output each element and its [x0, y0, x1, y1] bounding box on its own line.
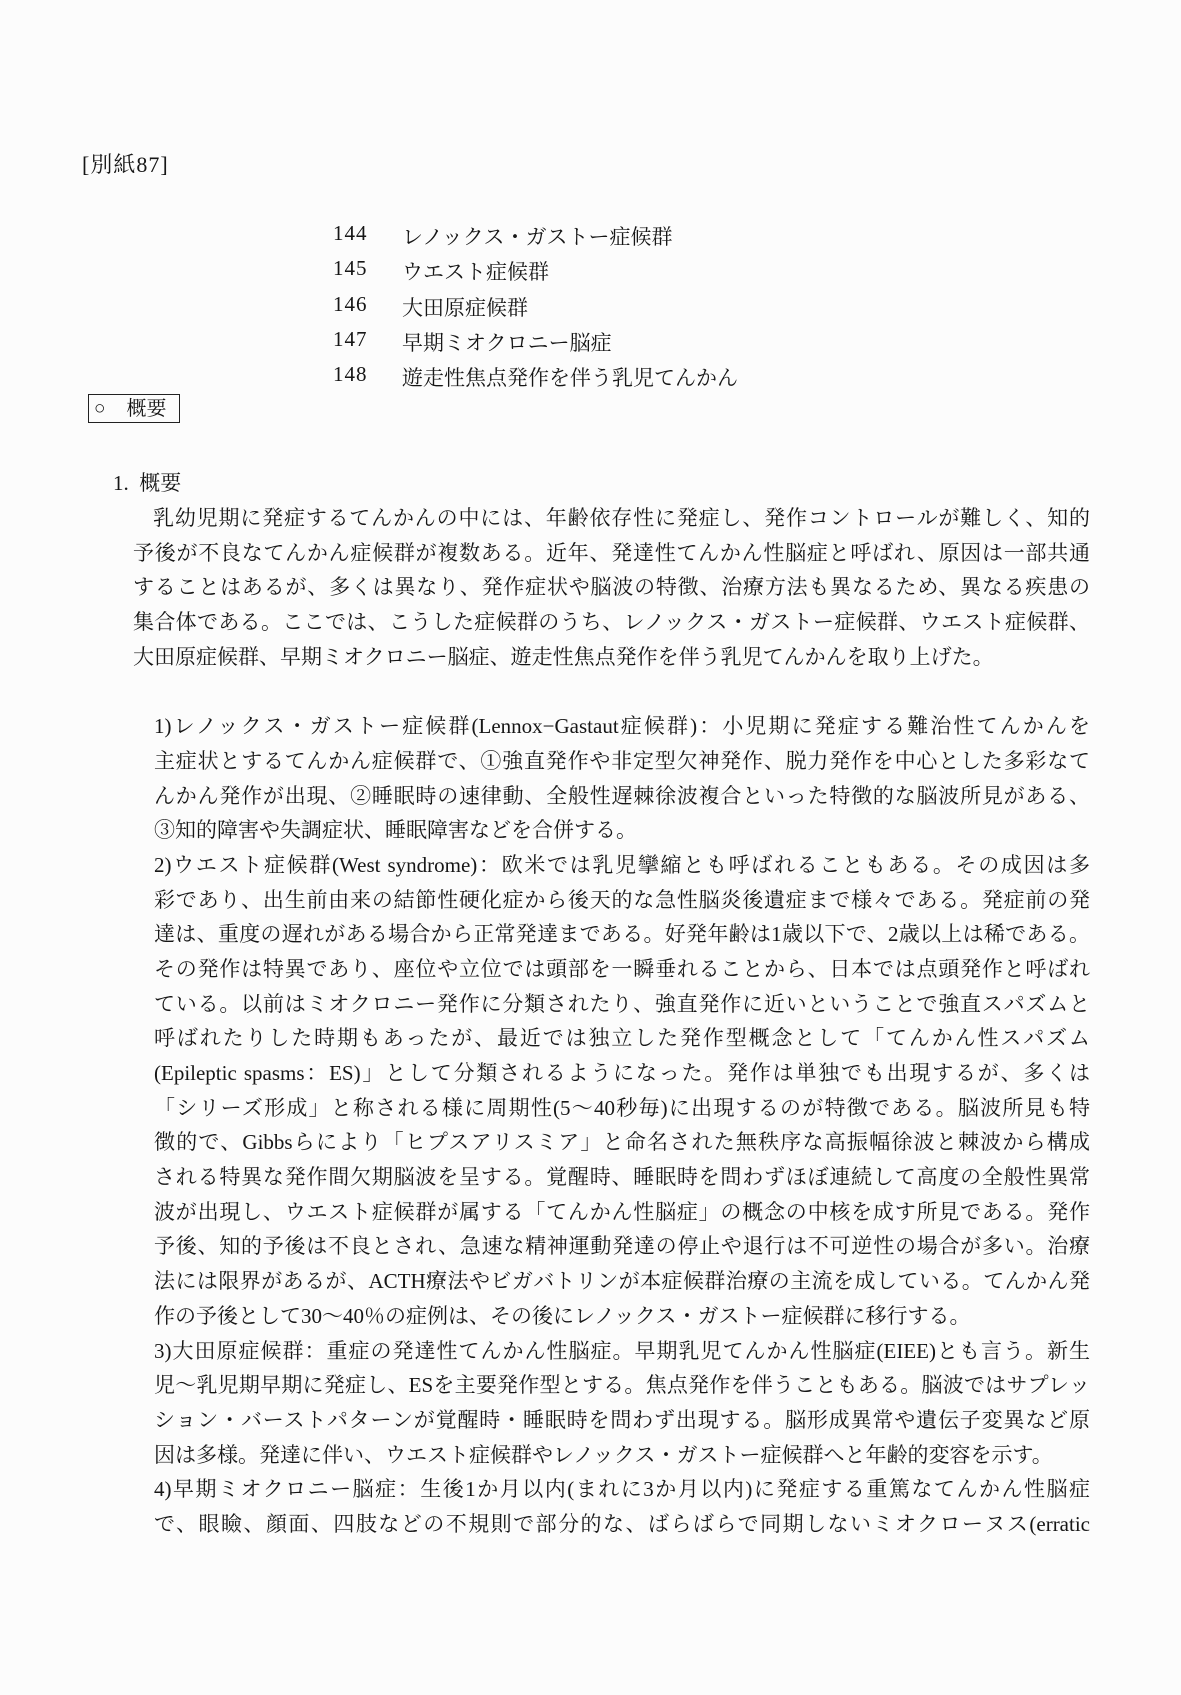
subsection-line: 主症状とするてんかん症候群で、①強直発作や非定型欠神発作、脱力発作を中心とした多…: [154, 744, 1090, 779]
disease-list-item: 148遊走性焦点発作を伴う乳児てんかん: [333, 362, 738, 397]
subsection-line: 因は多様。発達に伴い、ウエスト症候群やレノックス・ガストー症候群へと年齢的変容を…: [154, 1438, 1090, 1473]
subsection-list: 1)レノックス・ガストー症候群(Lennox−Gastaut症候群)：小児期に発…: [154, 709, 1090, 1542]
disease-list: 144レノックス・ガストー症候群145ウエスト症候群146大田原症候群147早期…: [333, 221, 738, 397]
paragraph-line: 大田原症候群、早期ミオクロニー脳症、遊走性焦点発作を伴う乳児てんかんを取り上げた…: [133, 640, 1090, 675]
attachment-label: [別紙87]: [82, 148, 169, 179]
subsection-line: 法には限界があるが、ACTH療法やビガバトリンが本症候群治療の主流を成している。…: [154, 1264, 1090, 1299]
disease-name: 早期ミオクロニー脳症: [402, 327, 612, 357]
subsection-line: 徴的で、Gibbsらにより「ヒプスアリスミア」と命名された無秩序な高振幅徐波と棘…: [154, 1125, 1090, 1160]
paragraph-line: 予後が不良なてんかん症候群が複数ある。近年、発達性てんかん性脳症と呼ばれ、原因は…: [133, 536, 1090, 571]
disease-number: 148: [333, 362, 402, 387]
subsection-line: で、眼瞼、顔面、四肢などの不規則で部分的な、ばらばらで同期しないミオクローヌス(…: [154, 1507, 1090, 1542]
overview-paragraph: 乳幼児期に発症するてんかんの中には、年齢依存性に発症し、発作コントロールが難しく…: [133, 501, 1090, 674]
subsection-line: 4)早期ミオクロニー脳症：生後1か月以内(まれに3か月以内)に発症する重篤なてん…: [154, 1472, 1090, 1507]
body-text: 乳幼児期に発症するてんかんの中には、年齢依存性に発症し、発作コントロールが難しく…: [133, 501, 1090, 1542]
overview-box: ○ 概要: [88, 394, 180, 423]
subsection-line: 児〜乳児期早期に発症し、ESを主要発作型とする。焦点発作を伴うこともある。脳波で…: [154, 1368, 1090, 1403]
subsection-line: 達は、重度の遅れがある場合から正常発達まである。好発年齢は1歳以下で、2歳以上は…: [154, 917, 1090, 952]
subsection-line: 呼ばれたりした時期もあったが、最近では独立した発作型概念として「てんかん性スパズ…: [154, 1021, 1090, 1056]
paragraph-line: 集合体である。ここでは、こうした症候群のうち、レノックス・ガストー症候群、ウエス…: [133, 605, 1090, 640]
document-page: [別紙87] 144レノックス・ガストー症候群145ウエスト症候群146大田原症…: [0, 0, 1181, 1695]
subsection-2: 2)ウエスト症候群(West syndrome)：欧米では乳児攣縮とも呼ばれるこ…: [154, 848, 1090, 1334]
disease-list-item: 144レノックス・ガストー症候群: [333, 221, 738, 256]
subsection-4: 4)早期ミオクロニー脳症：生後1か月以内(まれに3か月以内)に発症する重篤なてん…: [154, 1472, 1090, 1541]
subsection-line: 1)レノックス・ガストー症候群(Lennox−Gastaut症候群)：小児期に発…: [154, 709, 1090, 744]
disease-number: 144: [333, 221, 402, 246]
paragraph-gap: [133, 674, 1090, 709]
subsection-3: 3)大田原症候群：重症の発達性てんかん性脳症。早期乳児てんかん性脳症(EIEE)…: [154, 1334, 1090, 1473]
disease-name: ウエスト症候群: [402, 256, 549, 286]
disease-list-item: 146大田原症候群: [333, 292, 738, 327]
disease-number: 147: [333, 327, 402, 352]
subsection-line: ている。以前はミオクロニー発作に分類されたり、強直発作に近いということで強直スパ…: [154, 987, 1090, 1022]
disease-number: 145: [333, 256, 402, 281]
subsection-line: 作の予後として30〜40％の症例は、その後にレノックス・ガストー症候群に移行する…: [154, 1299, 1090, 1334]
subsection-line: 彩であり、出生前由来の結節性硬化症から後天的な急性脳炎後遺症まで様々である。発症…: [154, 883, 1090, 918]
subsection-line: される特異な発作間欠期脳波を呈する。覚醒時、睡眠時を問わずほぼ連続して高度の全般…: [154, 1160, 1090, 1195]
subsection-line: 予後、知的予後は不良とされ、急速な精神運動発達の停止や退行は不可逆性の場合が多い…: [154, 1229, 1090, 1264]
subsection-line: その発作は特異であり、座位や立位では頭部を一瞬垂れることから、日本では点頭発作と…: [154, 952, 1090, 987]
subsection-line: 2)ウエスト症候群(West syndrome)：欧米では乳児攣縮とも呼ばれるこ…: [154, 848, 1090, 883]
paragraph-line: することはあるが、多くは異なり、発作症状や脳波の特徴、治療方法も異なるため、異な…: [133, 570, 1090, 605]
disease-list-item: 145ウエスト症候群: [333, 256, 738, 291]
overview-box-label: 概要: [126, 399, 166, 419]
subsection-line: ション・バーストパターンが覚醒時・睡眠時を問わず出現する。脳形成異常や遺伝子変異…: [154, 1403, 1090, 1438]
paragraph-line: 乳幼児期に発症するてんかんの中には、年齢依存性に発症し、発作コントロールが難しく…: [133, 501, 1090, 536]
subsection-line: 3)大田原症候群：重症の発達性てんかん性脳症。早期乳児てんかん性脳症(EIEE)…: [154, 1334, 1090, 1369]
subsection-line: 波が出現し、ウエスト症候群が属する「てんかん性脳症」の概念の中核を成す所見である…: [154, 1195, 1090, 1230]
disease-name: レノックス・ガストー症候群: [402, 221, 672, 251]
section-heading: 1. 概要: [113, 467, 181, 497]
subsection-1: 1)レノックス・ガストー症候群(Lennox−Gastaut症候群)：小児期に発…: [154, 709, 1090, 848]
circle-marker-icon: ○: [94, 399, 105, 419]
subsection-line: んかん発作が出現、②睡眠時の速律動、全般性遅棘徐波複合といった特徴的な脳波所見が…: [154, 779, 1090, 814]
disease-list-item: 147早期ミオクロニー脳症: [333, 327, 738, 362]
subsection-line: (Epileptic spasms：ES)」として分類されるようになった。発作は…: [154, 1056, 1090, 1091]
disease-name: 大田原症候群: [402, 292, 528, 322]
disease-number: 146: [333, 292, 402, 317]
subsection-line: ③知的障害や失調症状、睡眠障害などを合併する。: [154, 813, 1090, 848]
disease-name: 遊走性焦点発作を伴う乳児てんかん: [402, 362, 738, 392]
subsection-line: 「シリーズ形成」と称される様に周期性(5〜40秒毎)に出現するのが特徴である。脳…: [154, 1091, 1090, 1126]
